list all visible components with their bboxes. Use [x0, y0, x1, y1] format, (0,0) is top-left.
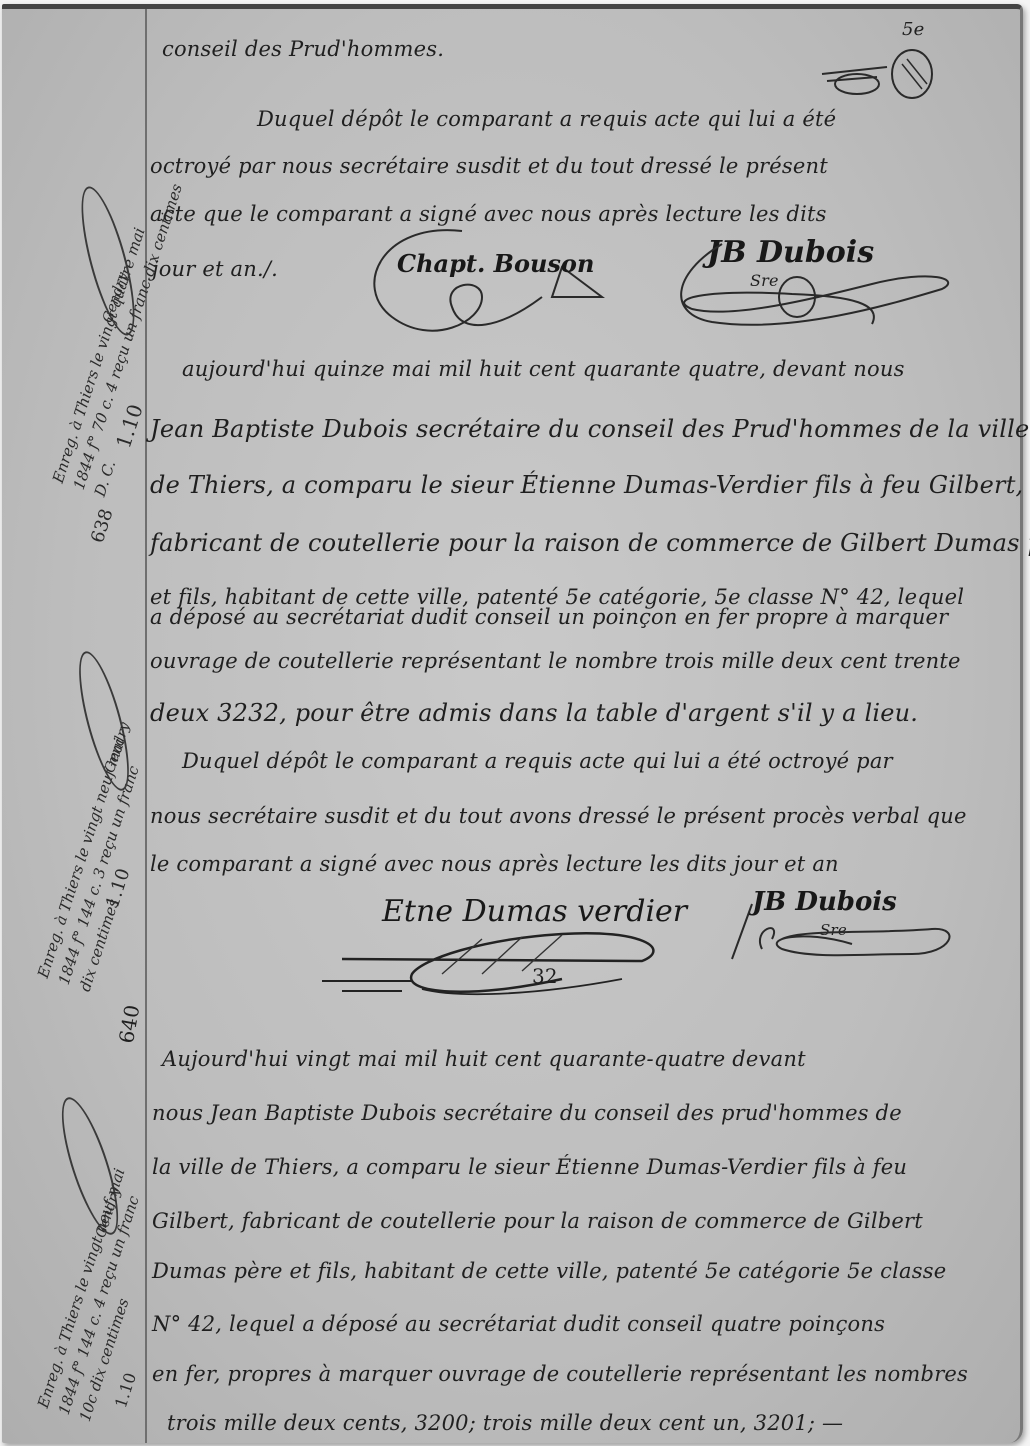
text-line: Duquel dépôt le comparant a requis acte …	[257, 107, 836, 131]
text-line: octroyé par nous secrétaire susdit et du…	[150, 154, 828, 178]
margin-page-number: 640	[114, 1003, 144, 1045]
signature-flourish-icon	[362, 227, 642, 357]
text-line: la ville de Thiers, a comparu le sieur É…	[152, 1155, 907, 1179]
text-line: Jean Baptiste Dubois secrétaire du conse…	[150, 415, 1029, 443]
text-line: aujourd'hui quinze mai mil huit cent qua…	[182, 357, 905, 381]
text-line: N° 42, lequel a déposé au secrétariat du…	[152, 1312, 885, 1336]
text-line: le comparant a signé avec nous après lec…	[150, 852, 839, 876]
folio-mark: 5e	[902, 19, 925, 40]
document-page: 5e conseil des Prud'hommes. Duquel dépôt…	[2, 4, 1023, 1443]
text-line: acte que le comparant a signé avec nous …	[150, 202, 827, 226]
text-line: Gilbert, fabricant de coutellerie pour l…	[152, 1209, 923, 1233]
text-line: en fer, propres à marquer ouvrage de cou…	[152, 1362, 968, 1386]
text-line: nous Jean Baptiste Dubois secrétaire du …	[152, 1101, 902, 1125]
text-line: fabricant de coutellerie pour la raison …	[150, 529, 1030, 557]
text-line: deux 3232, pour être admis dans la table…	[150, 699, 918, 727]
text-line: trois mille deux cents, 3200; trois mill…	[167, 1411, 843, 1435]
text-line: Duquel dépôt le comparant a requis acte …	[182, 749, 893, 773]
text-line: Aujourd'hui vingt mai mil huit cent quar…	[162, 1047, 806, 1071]
paraph-flourish-icon	[672, 234, 972, 334]
text-line: conseil des Prud'hommes.	[162, 37, 444, 61]
text-line: nous secrétaire susdit et du tout avons …	[150, 804, 967, 828]
text-line: ouvrage de coutellerie représentant le n…	[150, 649, 961, 673]
signature-flourish-icon	[302, 919, 662, 1019]
text-line: de Thiers, a comparu le sieur Étienne Du…	[150, 471, 1023, 499]
margin-amount: 1.10	[110, 1370, 142, 1411]
paraph-flourish-icon	[722, 899, 962, 969]
text-line: a déposé au secrétariat dudit conseil un…	[150, 605, 948, 629]
text-line: Dumas père et fils, habitant de cette vi…	[152, 1259, 946, 1283]
signature-mark: 32	[532, 964, 558, 988]
margin-page-number: 638	[87, 506, 119, 545]
margin-registration-note-1: Enreg. à Thiers le vingt quatre mai 1844…	[47, 174, 209, 499]
signature-bouson: Chapt. Bouson	[397, 249, 594, 278]
paraph-flourish-icon	[817, 49, 947, 109]
